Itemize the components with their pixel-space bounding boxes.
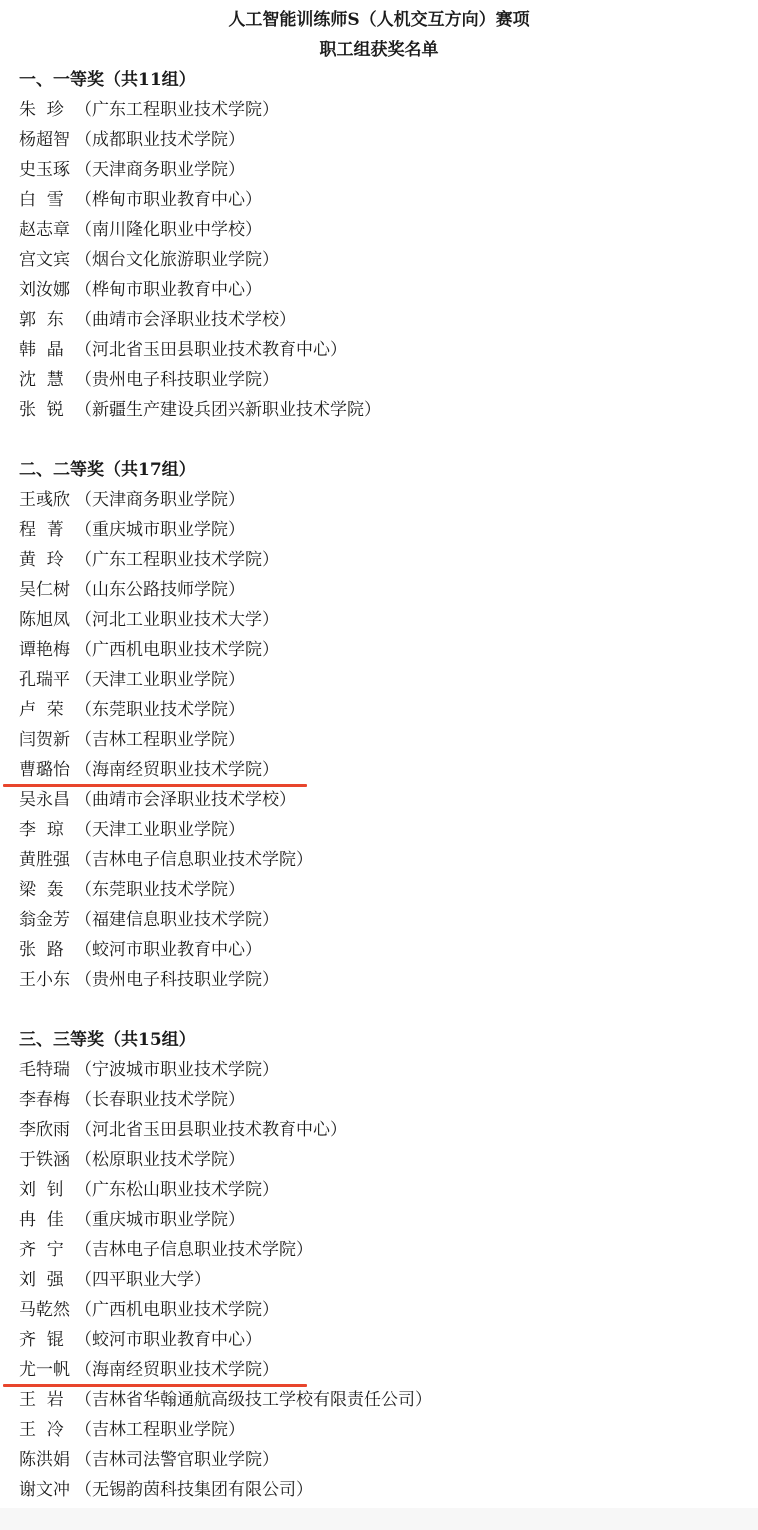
- winner-organization: （南川隆化职业中学校）: [75, 220, 262, 240]
- winner-name: 赵志章: [19, 218, 75, 242]
- winner-name: 程 菁: [19, 518, 75, 542]
- winner-organization: （海南经贸职业技术学院）: [75, 760, 279, 780]
- winner-organization: （天津商务职业学院）: [75, 160, 245, 180]
- winner-name: 陈旭凤: [19, 608, 75, 632]
- winner-name: 齐 宁: [19, 1238, 75, 1262]
- award-entry: 卢 荣（东莞职业技术学院）: [19, 698, 245, 722]
- winner-organization: （吉林工程职业学院）: [75, 1420, 245, 1440]
- award-entry: 程 菁（重庆城市职业学院）: [19, 518, 245, 542]
- winner-organization: （东莞职业技术学院）: [75, 880, 245, 900]
- winner-organization: （曲靖市会泽职业技术学校）: [75, 310, 296, 330]
- document-title: 人工智能训练师S（人机交互方向）赛项: [0, 8, 758, 32]
- award-entry: 黄胜强（吉林电子信息职业技术学院）: [19, 848, 313, 872]
- winner-name: 张 锐: [19, 398, 75, 422]
- winner-name: 吴仁树: [19, 578, 75, 602]
- winner-name: 朱 珍: [19, 98, 75, 122]
- award-entry: 刘 强（四平职业大学）: [19, 1268, 211, 1292]
- winner-organization: （广西机电职业技术学院）: [75, 1300, 279, 1320]
- winner-organization: （无锡韵茵科技集团有限公司）: [75, 1480, 313, 1500]
- winner-name: 白 雪: [19, 188, 75, 212]
- winner-organization: （天津工业职业学院）: [75, 820, 245, 840]
- document-subtitle: 职工组获奖名单: [0, 38, 758, 62]
- award-entry: 毛特瑞（宁波城市职业技术学院）: [19, 1058, 279, 1082]
- winner-organization: （海南经贸职业技术学院）: [75, 1360, 279, 1380]
- winner-organization: （福建信息职业技术学院）: [75, 910, 279, 930]
- winner-name: 李欣雨: [19, 1118, 75, 1142]
- winner-name: 郭 东: [19, 308, 75, 332]
- winner-organization: （烟台文化旅游职业学院）: [75, 250, 279, 270]
- award-entry: 尤一帆（海南经贸职业技术学院）: [19, 1358, 279, 1382]
- highlight-underline: [3, 784, 307, 787]
- winner-organization: （东莞职业技术学院）: [75, 700, 245, 720]
- winner-name: 李 琼: [19, 818, 75, 842]
- award-entry: 李 琼（天津工业职业学院）: [19, 818, 245, 842]
- winner-name: 尤一帆: [19, 1358, 75, 1382]
- winner-name: 杨超智: [19, 128, 75, 152]
- winner-organization: （曲靖市会泽职业技术学校）: [75, 790, 296, 810]
- winner-organization: （吉林省华翰通航高级技工学校有限责任公司）: [75, 1390, 432, 1410]
- winner-organization: （蛟河市职业教育中心）: [75, 940, 262, 960]
- section-heading: 二、二等奖（共17组）: [19, 458, 196, 482]
- winner-name: 王 冷: [19, 1418, 75, 1442]
- award-entry: 李欣雨（河北省玉田县职业技术教育中心）: [19, 1118, 347, 1142]
- award-entry: 梁 轰（东莞职业技术学院）: [19, 878, 245, 902]
- winner-organization: （桦甸市职业教育中心）: [75, 190, 262, 210]
- winner-name: 卢 荣: [19, 698, 75, 722]
- winner-name: 张 路: [19, 938, 75, 962]
- award-entry: 赵志章（南川隆化职业中学校）: [19, 218, 262, 242]
- winner-organization: （广东工程职业技术学院）: [75, 550, 279, 570]
- award-entry: 郭 东（曲靖市会泽职业技术学校）: [19, 308, 296, 332]
- winner-name: 黄胜强: [19, 848, 75, 872]
- award-entry: 李春梅（长春职业技术学院）: [19, 1088, 245, 1112]
- winner-name: 冉 佳: [19, 1208, 75, 1232]
- award-entry: 齐 锟（蛟河市职业教育中心）: [19, 1328, 262, 1352]
- winner-name: 孔瑞平: [19, 668, 75, 692]
- winner-name: 王彧欣: [19, 488, 75, 512]
- winner-organization: （桦甸市职业教育中心）: [75, 280, 262, 300]
- winner-organization: （河北省玉田县职业技术教育中心）: [75, 340, 347, 360]
- section-heading: 一、一等奖（共11组）: [19, 68, 196, 92]
- winner-organization: （新疆生产建设兵团兴新职业技术学院）: [75, 400, 381, 420]
- winner-name: 沈 慧: [19, 368, 75, 392]
- winner-organization: （河北工业职业技术大学）: [75, 610, 279, 630]
- winner-organization: （重庆城市职业学院）: [75, 520, 245, 540]
- winner-name: 刘汝娜: [19, 278, 75, 302]
- winner-name: 刘 强: [19, 1268, 75, 1292]
- winner-organization: （吉林电子信息职业技术学院）: [75, 850, 313, 870]
- winner-organization: （广东工程职业技术学院）: [75, 100, 279, 120]
- winner-name: 史玉琢: [19, 158, 75, 182]
- winner-organization: （松原职业技术学院）: [75, 1150, 245, 1170]
- award-entry: 王 冷（吉林工程职业学院）: [19, 1418, 245, 1442]
- winner-name: 毛特瑞: [19, 1058, 75, 1082]
- bottom-strip: [0, 1508, 758, 1530]
- award-entry: 韩 晶（河北省玉田县职业技术教育中心）: [19, 338, 347, 362]
- award-entry: 陈洪娟（吉林司法警官职业学院）: [19, 1448, 279, 1472]
- winner-organization: （吉林电子信息职业技术学院）: [75, 1240, 313, 1260]
- winner-name: 马乾然: [19, 1298, 75, 1322]
- highlight-underline: [3, 1384, 307, 1387]
- winner-organization: （山东公路技师学院）: [75, 580, 245, 600]
- award-entry: 沈 慧（贵州电子科技职业学院）: [19, 368, 279, 392]
- winner-organization: （重庆城市职业学院）: [75, 1210, 245, 1230]
- winner-name: 王小东: [19, 968, 75, 992]
- award-entry: 冉 佳（重庆城市职业学院）: [19, 1208, 245, 1232]
- award-entry: 吴永昌（曲靖市会泽职业技术学校）: [19, 788, 296, 812]
- winner-name: 曹璐怡: [19, 758, 75, 782]
- winner-organization: （贵州电子科技职业学院）: [75, 970, 279, 990]
- winner-name: 吴永昌: [19, 788, 75, 812]
- award-entry: 谢文冲（无锡韵茵科技集团有限公司）: [19, 1478, 313, 1502]
- winner-organization: （广西机电职业技术学院）: [75, 640, 279, 660]
- award-entry: 于铁涵（松原职业技术学院）: [19, 1148, 245, 1172]
- winner-organization: （河北省玉田县职业技术教育中心）: [75, 1120, 347, 1140]
- section-heading: 三、三等奖（共15组）: [19, 1028, 196, 1052]
- winner-organization: （天津商务职业学院）: [75, 490, 245, 510]
- award-entry: 白 雪（桦甸市职业教育中心）: [19, 188, 262, 212]
- winner-organization: （宁波城市职业技术学院）: [75, 1060, 279, 1080]
- winner-organization: （长春职业技术学院）: [75, 1090, 245, 1110]
- winner-name: 谢文冲: [19, 1478, 75, 1502]
- winner-name: 王 岩: [19, 1388, 75, 1412]
- winner-name: 宫文宾: [19, 248, 75, 272]
- award-entry: 史玉琢（天津商务职业学院）: [19, 158, 245, 182]
- award-entry: 王彧欣（天津商务职业学院）: [19, 488, 245, 512]
- winner-name: 翁金芳: [19, 908, 75, 932]
- award-entry: 谭艳梅（广西机电职业技术学院）: [19, 638, 279, 662]
- winner-name: 于铁涵: [19, 1148, 75, 1172]
- award-entry: 闫贺新（吉林工程职业学院）: [19, 728, 245, 752]
- winner-organization: （天津工业职业学院）: [75, 670, 245, 690]
- winner-name: 谭艳梅: [19, 638, 75, 662]
- winner-name: 陈洪娟: [19, 1448, 75, 1472]
- award-entry: 吴仁树（山东公路技师学院）: [19, 578, 245, 602]
- winner-organization: （四平职业大学）: [75, 1270, 211, 1290]
- award-entry: 张 路（蛟河市职业教育中心）: [19, 938, 262, 962]
- winner-organization: （吉林司法警官职业学院）: [75, 1450, 279, 1470]
- winner-organization: （吉林工程职业学院）: [75, 730, 245, 750]
- winner-organization: （贵州电子科技职业学院）: [75, 370, 279, 390]
- award-entry: 刘 钊（广东松山职业技术学院）: [19, 1178, 279, 1202]
- award-entry: 马乾然（广西机电职业技术学院）: [19, 1298, 279, 1322]
- winner-organization: （成都职业技术学院）: [75, 130, 245, 150]
- winner-organization: （广东松山职业技术学院）: [75, 1180, 279, 1200]
- award-entry: 宫文宾（烟台文化旅游职业学院）: [19, 248, 279, 272]
- winner-name: 齐 锟: [19, 1328, 75, 1352]
- award-list-document: 人工智能训练师S（人机交互方向）赛项 职工组获奖名单 一、一等奖（共11组）朱 …: [0, 0, 758, 1508]
- winner-name: 韩 晶: [19, 338, 75, 362]
- award-entry: 王小东（贵州电子科技职业学院）: [19, 968, 279, 992]
- award-entry: 翁金芳（福建信息职业技术学院）: [19, 908, 279, 932]
- winner-name: 刘 钊: [19, 1178, 75, 1202]
- winner-name: 黄 玲: [19, 548, 75, 572]
- award-entry: 曹璐怡（海南经贸职业技术学院）: [19, 758, 279, 782]
- award-entry: 黄 玲（广东工程职业技术学院）: [19, 548, 279, 572]
- award-entry: 张 锐（新疆生产建设兵团兴新职业技术学院）: [19, 398, 381, 422]
- award-entry: 杨超智（成都职业技术学院）: [19, 128, 245, 152]
- award-entry: 朱 珍（广东工程职业技术学院）: [19, 98, 279, 122]
- award-entry: 刘汝娜（桦甸市职业教育中心）: [19, 278, 262, 302]
- winner-organization: （蛟河市职业教育中心）: [75, 1330, 262, 1350]
- award-entry: 陈旭凤（河北工业职业技术大学）: [19, 608, 279, 632]
- award-entry: 齐 宁（吉林电子信息职业技术学院）: [19, 1238, 313, 1262]
- winner-name: 梁 轰: [19, 878, 75, 902]
- winner-name: 李春梅: [19, 1088, 75, 1112]
- winner-name: 闫贺新: [19, 728, 75, 752]
- award-entry: 王 岩（吉林省华翰通航高级技工学校有限责任公司）: [19, 1388, 432, 1412]
- award-entry: 孔瑞平（天津工业职业学院）: [19, 668, 245, 692]
